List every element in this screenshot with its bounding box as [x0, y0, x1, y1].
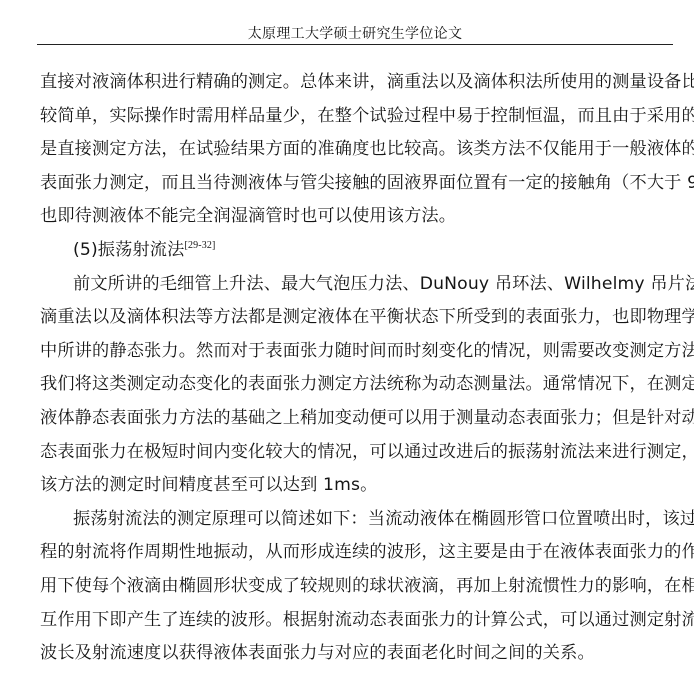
text-line: 表面张力测定，而且当待测液体与管尖接触的固液界面位置有一定的接触角（不大于 90… — [40, 167, 667, 201]
text-line: 该方法的测定时间精度甚至可以达到 1ms。 — [40, 469, 667, 503]
header-title: 太原理工大学硕士研究生学位论文 — [37, 26, 673, 42]
text-line: 振荡射流法的测定原理可以简述如下：当流动液体在椭圆形管口位置喷出时，该过 — [40, 503, 667, 537]
text-line: 滴重法以及滴体积法等方法都是测定液体在平衡状态下所受到的表面张力，也即物理学 — [40, 301, 667, 335]
text-line: 波长及射流速度以获得液体表面张力与对应的表面老化时间之间的关系。 — [40, 637, 667, 671]
text-line: 较简单，实际操作时需用样品量少，在整个试验过程中易于控制恒温，而且由于采用的 — [40, 100, 667, 134]
section-heading: (5)振荡射流法[29-32] — [40, 234, 667, 268]
text-line: 互作用下即产生了连续的波形。根据射流动态表面张力的计算公式，可以通过测定射流 — [40, 604, 667, 638]
running-header: 太原理工大学硕士研究生学位论文 — [37, 24, 673, 46]
text-line: 液体静态表面张力方法的基础之上稍加变动便可以用于测量动态表面张力；但是针对动 — [40, 402, 667, 436]
body-text: 直接对液滴体积进行精确的测定。总体来讲，滴重法以及滴体积法所使用的测量设备比 较… — [40, 66, 667, 671]
text-line: 程的射流将作周期性地振动，从而形成连续的波形，这主要是由于在液体表面张力的作 — [40, 536, 667, 570]
citation-superscript: [29-32] — [184, 240, 215, 251]
text-line: 我们将这类测定动态变化的表面张力测定方法统称为动态测量法。通常情况下，在测定 — [40, 368, 667, 402]
text-line: 直接对液滴体积进行精确的测定。总体来讲，滴重法以及滴体积法所使用的测量设备比 — [40, 66, 667, 100]
section-heading-text: (5)振荡射流法 — [73, 240, 184, 260]
header-rule — [37, 44, 673, 45]
text-line: 也即待测液体不能完全润湿滴管时也可以使用该方法。 — [40, 200, 667, 234]
text-line: 用下使每个液滴由椭圆形状变成了较规则的球状液滴，再加上射流惯性力的影响，在相 — [40, 570, 667, 604]
text-line: 态表面张力在极短时间内变化较大的情况，可以通过改进后的振荡射流法来进行测定， — [40, 436, 667, 470]
text-line: 是直接测定方法，在试验结果方面的准确度也比较高。该类方法不仅能用于一般液体的 — [40, 133, 667, 167]
text-line: 前文所讲的毛细管上升法、最大气泡压力法、DuNouy 吊环法、Wilhelmy … — [40, 268, 667, 302]
text-line: 中所讲的静态张力。然而对于表面张力随时间而时刻变化的情况，则需要改变测定方法， — [40, 335, 667, 369]
